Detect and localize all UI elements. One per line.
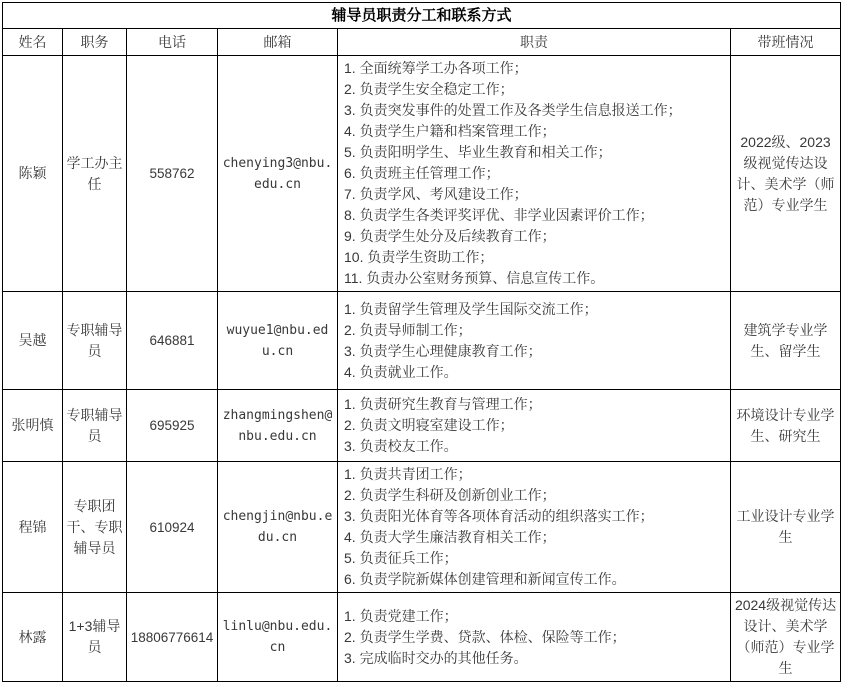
duty-item: 8. 负责学生各类评奖评优、非学业因素评价工作； xyxy=(344,205,726,226)
table-row: 陈颖 学工办主任 558762 chenying3@nbu.edu.cn 1. … xyxy=(3,56,841,292)
header-class-assignment: 带班情况 xyxy=(731,29,841,56)
table-row: 林露 1+3辅导员 18806776614 linlu@nbu.edu.cn 1… xyxy=(3,593,841,682)
header-duties: 职责 xyxy=(338,29,731,56)
cell-duties: 1. 全面统筹学工办各项工作；2. 负责学生安全稳定工作；3. 负责突发事件的处… xyxy=(338,56,731,292)
cell-position: 专职团干、专职辅导员 xyxy=(63,462,127,593)
cell-email: linlu@nbu.edu.cn xyxy=(218,593,338,682)
duty-item: 7. 负责学风、考风建设工作； xyxy=(344,184,726,205)
duty-item: 3. 负责校友工作。 xyxy=(344,436,726,457)
cell-phone: 18806776614 xyxy=(127,593,218,682)
cell-name: 陈颖 xyxy=(3,56,63,292)
duty-item: 10. 负责学生资助工作； xyxy=(344,247,726,268)
duty-item: 4. 负责就业工作。 xyxy=(344,362,726,383)
duty-item: 6. 负责学院新媒体创建管理和新闻宣传工作。 xyxy=(344,569,726,590)
table-row: 程锦 专职团干、专职辅导员 610924 chengjin@nbu.edu.cn… xyxy=(3,462,841,593)
duty-item: 1. 全面统筹学工办各项工作； xyxy=(344,58,726,79)
duty-item: 2. 负责学生安全稳定工作； xyxy=(344,79,726,100)
cell-class-assignment: 2022级、2023级视觉传达设计、美术学（师范）专业学生 xyxy=(731,56,841,292)
cell-class-assignment: 2024级视觉传达设计、美术学（师范）专业学生 xyxy=(731,593,841,682)
cell-name: 林露 xyxy=(3,593,63,682)
cell-position: 专职辅导员 xyxy=(63,292,127,390)
cell-phone: 558762 xyxy=(127,56,218,292)
cell-duties: 1. 负责共青团工作；2. 负责学生科研及创新创业工作；3. 负责阳光体育等各项… xyxy=(338,462,731,593)
table-row: 张明慎 专职辅导员 695925 zhangmingshen@nbu.edu.c… xyxy=(3,390,841,462)
cell-phone: 646881 xyxy=(127,292,218,390)
cell-phone: 610924 xyxy=(127,462,218,593)
cell-class-assignment: 环境设计专业学生、研究生 xyxy=(731,390,841,462)
cell-email: wuyue1@nbu.edu.cn xyxy=(218,292,338,390)
cell-name: 程锦 xyxy=(3,462,63,593)
cell-duties: 1. 负责研究生教育与管理工作；2. 负责文明寝室建设工作；3. 负责校友工作。 xyxy=(338,390,731,462)
duty-item: 2. 负责导师制工作； xyxy=(344,320,726,341)
cell-duties: 1. 负责党建工作；2. 负责学生学费、贷款、体检、保险等工作；3. 完成临时交… xyxy=(338,593,731,682)
duty-item: 1. 负责留学生管理及学生国际交流工作； xyxy=(344,299,726,320)
duty-item: 3. 完成临时交办的其他任务。 xyxy=(344,648,726,669)
cell-position: 1+3辅导员 xyxy=(63,593,127,682)
cell-position: 专职辅导员 xyxy=(63,390,127,462)
duty-item: 4. 负责学生户籍和档案管理工作； xyxy=(344,121,726,142)
duty-item: 6. 负责班主任管理工作； xyxy=(344,163,726,184)
table-title-row: 辅导员职责分工和联系方式 xyxy=(3,3,841,29)
cell-class-assignment: 工业设计专业学生 xyxy=(731,462,841,593)
duty-item: 5. 负责阳明学生、毕业生教育和相关工作； xyxy=(344,142,726,163)
header-position: 职务 xyxy=(63,29,127,56)
header-email: 邮箱 xyxy=(218,29,338,56)
header-phone: 电话 xyxy=(127,29,218,56)
cell-name: 吴越 xyxy=(3,292,63,390)
duty-item: 5. 负责征兵工作； xyxy=(344,548,726,569)
counselor-contact-table: 辅导员职责分工和联系方式 姓名 职务 电话 邮箱 职责 带班情况 陈颖 学工办主… xyxy=(2,2,841,682)
cell-phone: 695925 xyxy=(127,390,218,462)
duty-item: 11. 负责办公室财务预算、信息宣传工作。 xyxy=(344,268,726,289)
duty-item: 3. 负责阳光体育等各项体育活动的组织落实工作； xyxy=(344,506,726,527)
cell-email: chenying3@nbu.edu.cn xyxy=(218,56,338,292)
duty-item: 3. 负责突发事件的处置工作及各类学生信息报送工作； xyxy=(344,100,726,121)
duty-item: 9. 负责学生处分及后续教育工作； xyxy=(344,226,726,247)
duty-item: 2. 负责学生学费、贷款、体检、保险等工作； xyxy=(344,627,726,648)
cell-name: 张明慎 xyxy=(3,390,63,462)
table-header-row: 姓名 职务 电话 邮箱 职责 带班情况 xyxy=(3,29,841,56)
cell-email: chengjin@nbu.edu.cn xyxy=(218,462,338,593)
page: 辅导员职责分工和联系方式 姓名 职务 电话 邮箱 职责 带班情况 陈颖 学工办主… xyxy=(0,0,844,677)
table-title: 辅导员职责分工和联系方式 xyxy=(3,3,841,29)
duty-item: 4. 负责大学生廉洁教育相关工作； xyxy=(344,527,726,548)
duty-item: 1. 负责党建工作； xyxy=(344,606,726,627)
cell-email: zhangmingshen@nbu.edu.cn xyxy=(218,390,338,462)
duty-item: 3. 负责学生心理健康教育工作； xyxy=(344,341,726,362)
duty-item: 1. 负责共青团工作； xyxy=(344,464,726,485)
cell-class-assignment: 建筑学专业学生、留学生 xyxy=(731,292,841,390)
cell-duties: 1. 负责留学生管理及学生国际交流工作；2. 负责导师制工作；3. 负责学生心理… xyxy=(338,292,731,390)
table-row: 吴越 专职辅导员 646881 wuyue1@nbu.edu.cn 1. 负责留… xyxy=(3,292,841,390)
cell-position: 学工办主任 xyxy=(63,56,127,292)
duty-item: 2. 负责学生科研及创新创业工作； xyxy=(344,485,726,506)
duty-item: 1. 负责研究生教育与管理工作； xyxy=(344,394,726,415)
header-name: 姓名 xyxy=(3,29,63,56)
table-body: 陈颖 学工办主任 558762 chenying3@nbu.edu.cn 1. … xyxy=(3,56,841,682)
duty-item: 2. 负责文明寝室建设工作； xyxy=(344,415,726,436)
